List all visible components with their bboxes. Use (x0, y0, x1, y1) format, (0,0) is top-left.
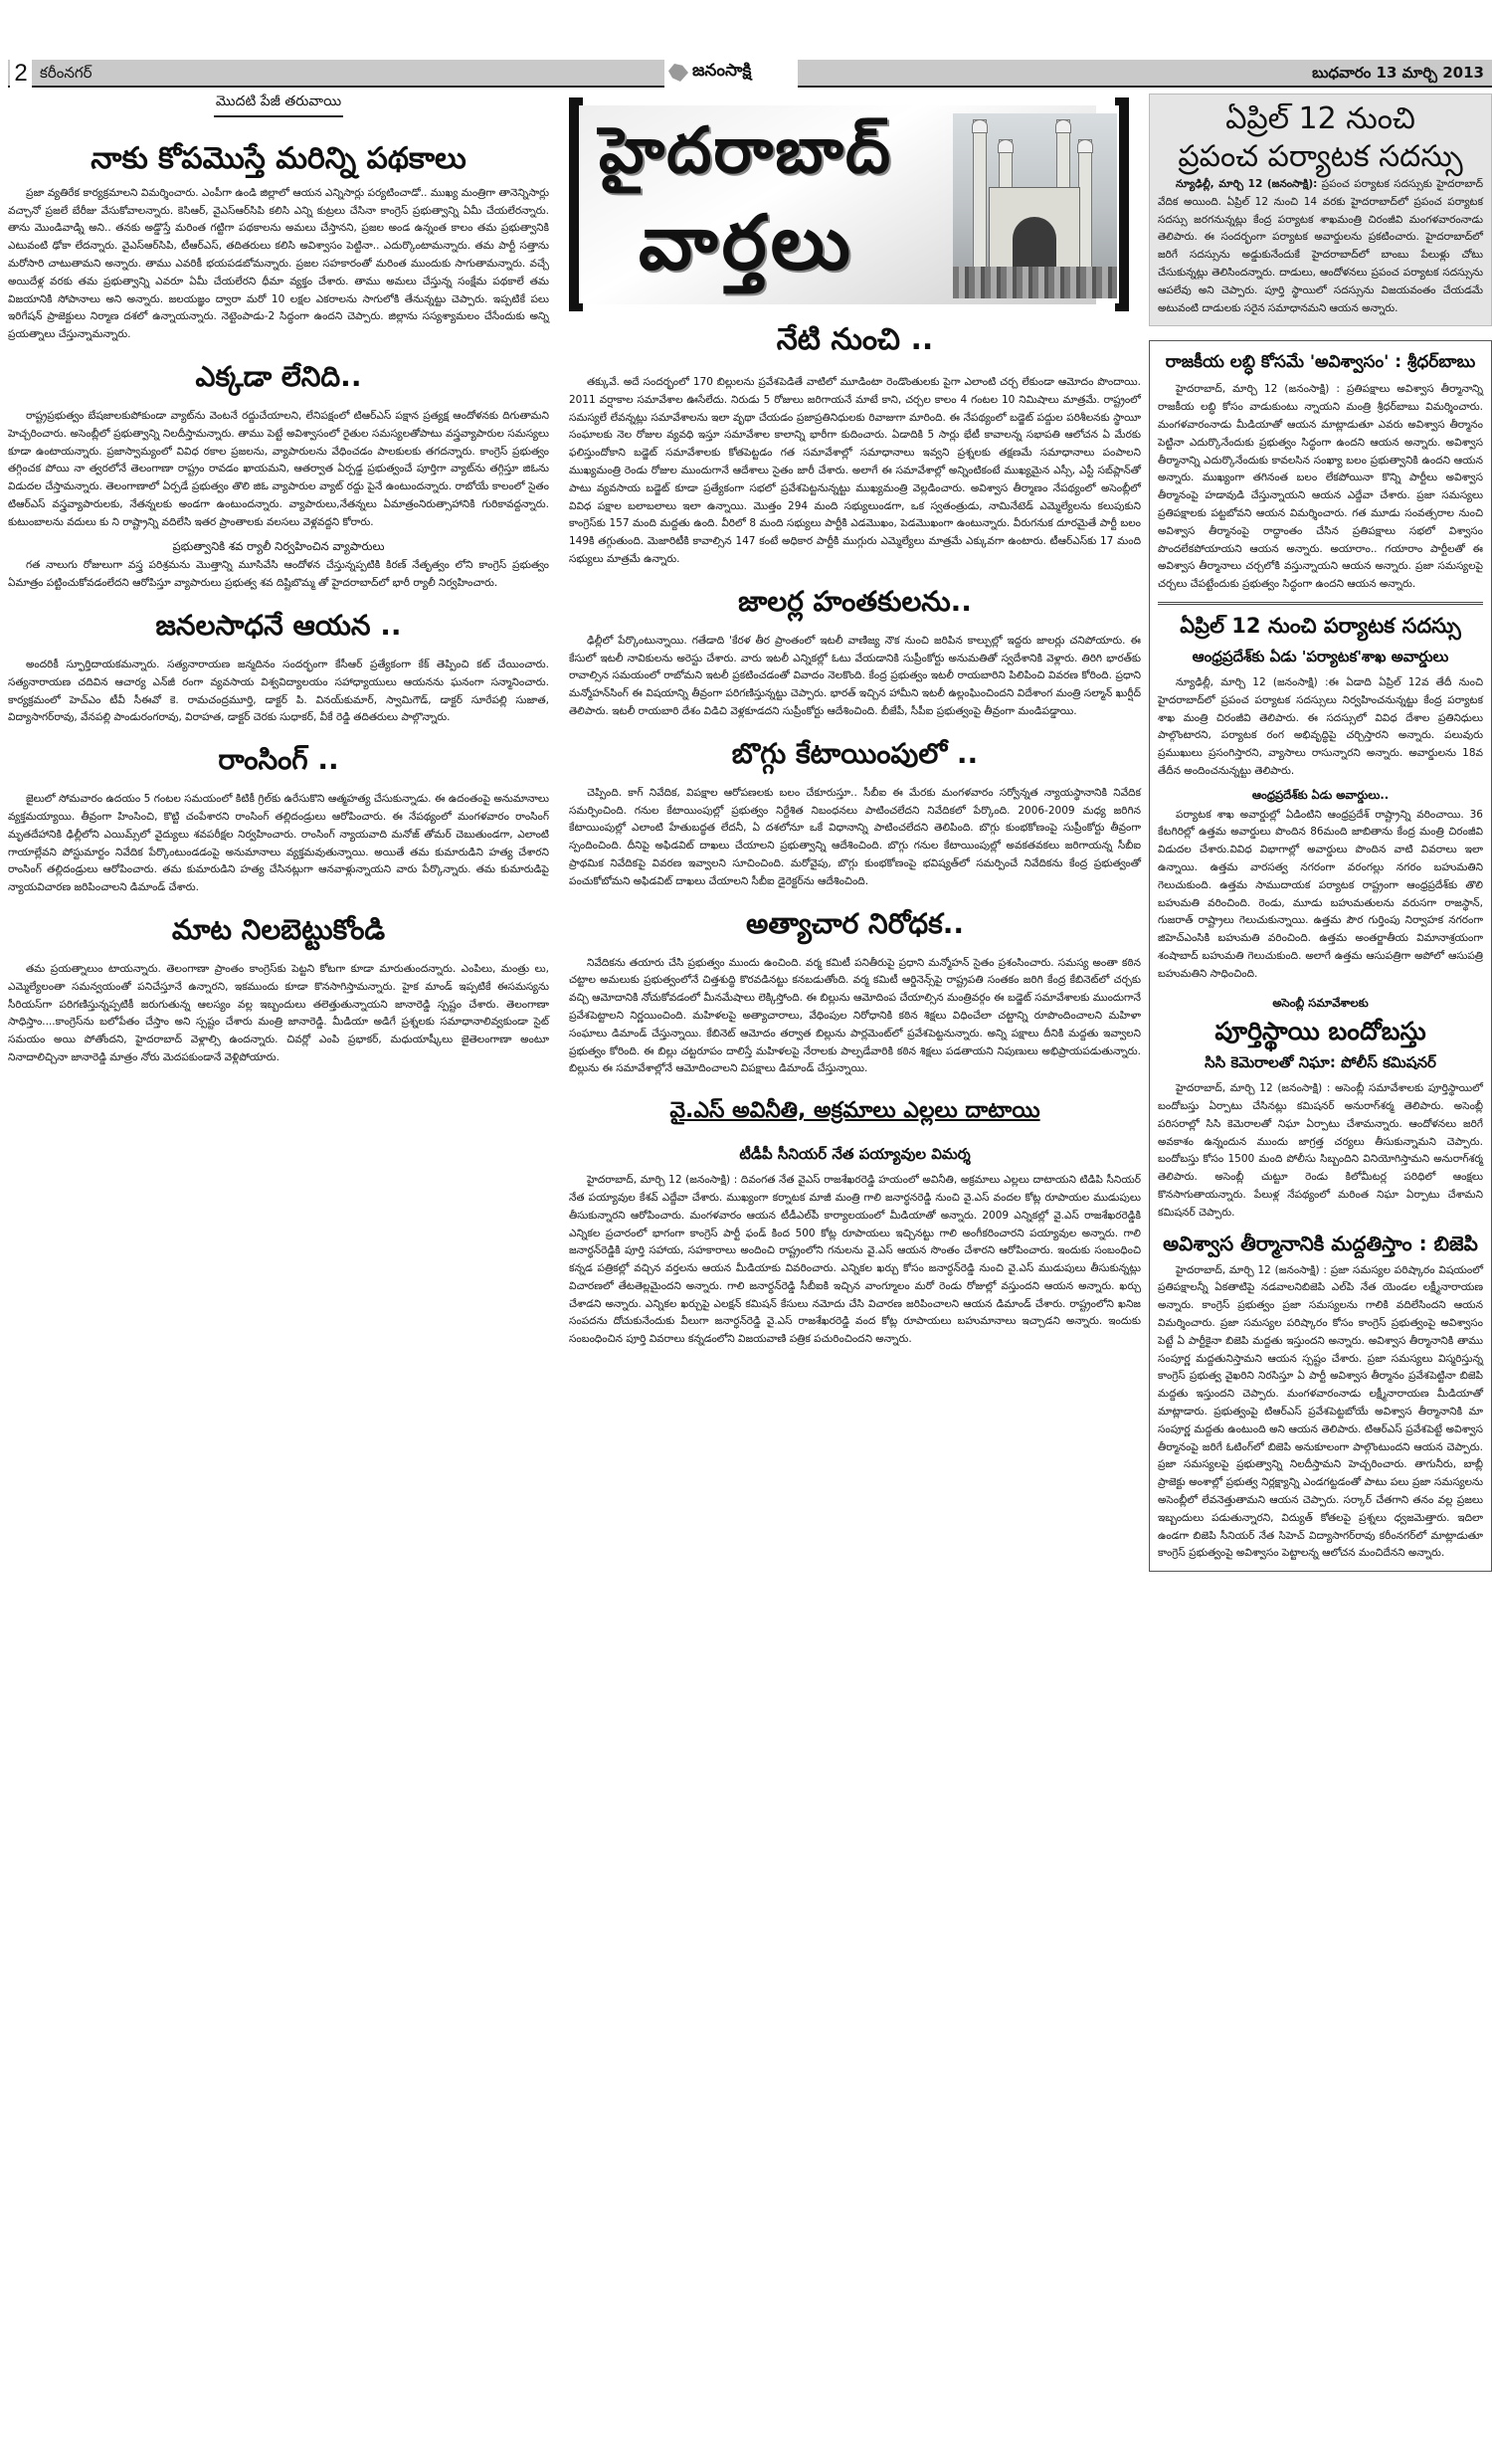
article-headline: పూర్తిస్థాయి బందోబస్తు (1158, 1015, 1483, 1048)
right-column: ఏప్రిల్ 12 నుంచి ప్రపంచ పర్యాటక సదస్సు న… (1149, 94, 1492, 1572)
issue-date: బుధవారం 13 మార్చి 2013 (1312, 64, 1484, 86)
article-janalasadhane: జనలసాధనే ఆయన .. అందరికీ స్ఫూర్తిదాయకమన్న… (8, 607, 549, 727)
news-briefs-box: రాజకీయ లబ్ధి కోసమే 'అవిశ్వాసం' : శ్రీధర్… (1149, 340, 1492, 1572)
article-body: హైదరాబాద్, మార్చి 12 (జనంసాక్షి) : ప్రజా… (1158, 1262, 1483, 1564)
article-headline: వై.ఎస్ అవినీతి, అక్రమాలు ఎల్లలు దాటాయి (569, 1092, 1141, 1130)
article-body: హైదరాబాద్, మార్చి 12 (జనంసాక్షి) : ప్రతి… (1158, 381, 1483, 594)
article-subhead: సిసి కెమెరాలతో నిఘా: పోలీస్ కమిషనర్ (1158, 1050, 1483, 1074)
box-headline-line2: ప్రపంచ పర్యాటక సదస్సు (1158, 138, 1483, 176)
section-name: కరీంనగర్ (40, 64, 93, 86)
article-subhead: టీడీపీ సీనియర్ నేత పయ్యావుల విమర్శ (569, 1142, 1141, 1166)
article-headline: ఏప్రిల్ 12 నుంచి పర్యాటక సదస్సు (1158, 613, 1483, 639)
article-neti-nunchi: నేటి నుంచి .. తక్కువే. అదే సందర్భంలో 170… (569, 320, 1141, 569)
continued-kicker: మొదటి పేజీ తరువాయి (214, 94, 343, 117)
left-column: మొదటి పేజీ తరువాయి నాకు కోపమొస్తే మరిన్న… (8, 94, 549, 1067)
article-headline: ఎక్కడా లేనిది.. (8, 358, 549, 396)
hyderabad-news-banner: హైదరాబాద్ వార్తలు (569, 97, 1141, 354)
section-divider (1158, 602, 1483, 605)
article-atyachara-nirodhaka: అత్యాచార నిరోధక.. నివేదికను తయారు చేసి ప… (569, 905, 1141, 1079)
article-body: హైదరాబాద్, మార్చి 12 (జనంసాక్షి) : అసెంబ… (1158, 1080, 1483, 1222)
world-tourism-summit-box: ఏప్రిల్ 12 నుంచి ప్రపంచ పర్యాటక సదస్సు న… (1149, 94, 1492, 326)
box-headline-line1: ఏప్రిల్ 12 నుంచి (1158, 100, 1483, 138)
article-headline: రాజకీయ లబ్ధి కోసమే 'అవిశ్వాసం' : శ్రీధర్… (1158, 349, 1483, 375)
article-headline: మాట నిలబెట్టుకోండి (8, 911, 549, 949)
minaret-dome (1077, 139, 1093, 153)
article-ys-avineeti: వై.ఎస్ అవినీతి, అక్రమాలు ఎల్లలు దాటాయి ట… (569, 1092, 1141, 1349)
minaret-dome (998, 139, 1014, 153)
article-jalarla-hantakulanu: జాలర్ల హంతకులను.. ఢిల్లీలో పేర్కొంటున్నా… (569, 583, 1141, 721)
minaret (1078, 139, 1092, 269)
article-body: అందరికీ స్ఫూర్తిదాయకమన్నారు. సత్యనారాయణ … (8, 657, 549, 727)
minaret-dome (972, 119, 988, 133)
article-body: రాష్ట్రప్రభుత్వం బేషజాలకుపోకుండా వ్యాట్‌… (8, 408, 549, 532)
article-kopamoste: నాకు కోపమొస్తే మరిన్ని పథకాలు ప్రజా వ్యత… (8, 139, 549, 344)
street-scene (953, 267, 1117, 298)
newspaper-logo: జనంసాక్షి (668, 58, 798, 88)
article-body: తక్కువే. అదే సందర్భంలో 170 బిల్లులను ప్ర… (569, 374, 1141, 569)
monument-arch (1013, 217, 1056, 269)
masthead: 2 కరీంనగర్ జనంసాక్షి బుధవారం 13 మార్చి 2… (0, 58, 1492, 90)
article-body: ప్రజా వ్యతిరేక కార్యక్రమాలని విమర్శించార… (8, 185, 549, 344)
minaret-dome (1055, 119, 1071, 133)
article-ramsingh: రాంసింగ్ .. జైలులో సోమవారం ఉదయం 5 గంటల స… (8, 741, 549, 897)
article-headline: అవిశ్వాస తీర్మానానికి మద్దతిస్తాం : బిజె… (1158, 1231, 1483, 1256)
article-headline: బొగ్గు కేటాయింపులో .. (569, 735, 1141, 773)
article-body: నివేదికను తయారు చేసి ప్రభుత్వం ముందు ఉంచ… (569, 955, 1141, 1079)
state-map-icon (668, 64, 688, 82)
article-headline: నాకు కోపమొస్తే మరిన్ని పథకాలు (8, 139, 549, 179)
article-subhead: ప్రభుత్వానికి శవ ర్యాలీ నిర్వహించిన వ్యా… (8, 538, 549, 556)
article-headline: జాలర్ల హంతకులను.. (569, 583, 1141, 621)
article-body: హైదరాబాద్, మార్చి 12 (జనంసాక్షి) : దివంగ… (569, 1172, 1141, 1349)
article-body: చెప్పింది. కాగ్ నివేదిక, విపక్షాల ఆరోపణల… (569, 785, 1141, 891)
article-body: ప్రపంచ పర్యాటక సదస్సుకు హైదరాబాద్ వేదిక … (1158, 178, 1483, 314)
article-headline: నేటి నుంచి .. (569, 320, 1141, 360)
article-ekkada-lenidi: ఎక్కడా లేనిది.. రాష్ట్రప్రభుత్వం బేషజాలక… (8, 358, 549, 593)
middle-column: హైదరాబాద్ వార్తలు నేటి నుంచి .. తక్కువే.… (569, 97, 1141, 1349)
left-bracket (569, 97, 583, 311)
article-body: గత నాలుగు రోజులుగా వస్త్ర పరిశ్రమను మొత్… (8, 557, 549, 593)
article-body: తమ ప్రయత్నాలుం టాయన్నారు. తెలంగాణా ప్రాం… (8, 961, 549, 1067)
article-tourism-awards: ఏప్రిల్ 12 నుంచి పర్యాటక సదస్సు ఆంధ్రప్ర… (1158, 613, 1483, 984)
article-body: ఢిల్లీలో పేర్కొంటున్నాయి. గతేడాది 'కేరళ … (569, 633, 1141, 721)
article-assembly-security: అసెంబ్లీ సమావేశాలకు పూర్తిస్థాయి బందోబస్… (1158, 995, 1483, 1222)
article-headline: రాంసింగ్ .. (8, 741, 549, 779)
article-headline: అత్యాచార నిరోధక.. (569, 905, 1141, 943)
banner-title-line1: హైదరాబాద్ (599, 111, 892, 191)
logo-text: జనంసాక్షి (692, 61, 751, 85)
article-inner-subhead: ఆంధ్రప్రదేశ్‌కు ఏడు అవార్డులు.. (1158, 787, 1483, 805)
page-number: 2 (10, 60, 32, 88)
article-subhead: ఆంధ్రప్రదేశ్‌కు ఏడు 'పర్యాటక'శాఖ అవార్డు… (1158, 645, 1483, 668)
article-boggu-ketayimpu: బొగ్గు కేటాయింపులో .. చెప్పింది. కాగ్ ని… (569, 735, 1141, 891)
article-bjp-support: అవిశ్వాస తీర్మానానికి మద్దతిస్తాం : బిజె… (1158, 1231, 1483, 1564)
article-mata-nilabettukondi: మాట నిలబెట్టుకోండి తమ ప్రయత్నాలుం టాయన్న… (8, 911, 549, 1067)
article-body: న్యూఢిల్లీ, మార్చి 12 (జనంసాక్షి) :ఈ ఏడా… (1158, 674, 1483, 781)
right-bracket (1115, 97, 1129, 311)
article-body: జైలులో సోమవారం ఉదయం 5 గంటల సమయంలో కిటికీ… (8, 791, 549, 897)
masthead-bar-left (8, 60, 664, 88)
banner-title-line2: వార్తలు (639, 195, 854, 290)
dateline: న్యూఢిల్లీ, మార్చి 12 (జనంసాక్షి): (1176, 178, 1317, 190)
article-sridhar-babu: రాజకీయ లబ్ధి కోసమే 'అవిశ్వాసం' : శ్రీధర్… (1158, 349, 1483, 594)
article-body: పర్యాటక శాఖ అవార్డుల్లో ఏడింటిని ఆంధ్రప్… (1158, 807, 1483, 984)
article-kicker: అసెంబ్లీ సమావేశాలకు (1158, 995, 1483, 1013)
minaret (973, 119, 987, 269)
charminar-photo (953, 113, 1117, 298)
article-headline: జనలసాధనే ఆయన .. (8, 607, 549, 645)
